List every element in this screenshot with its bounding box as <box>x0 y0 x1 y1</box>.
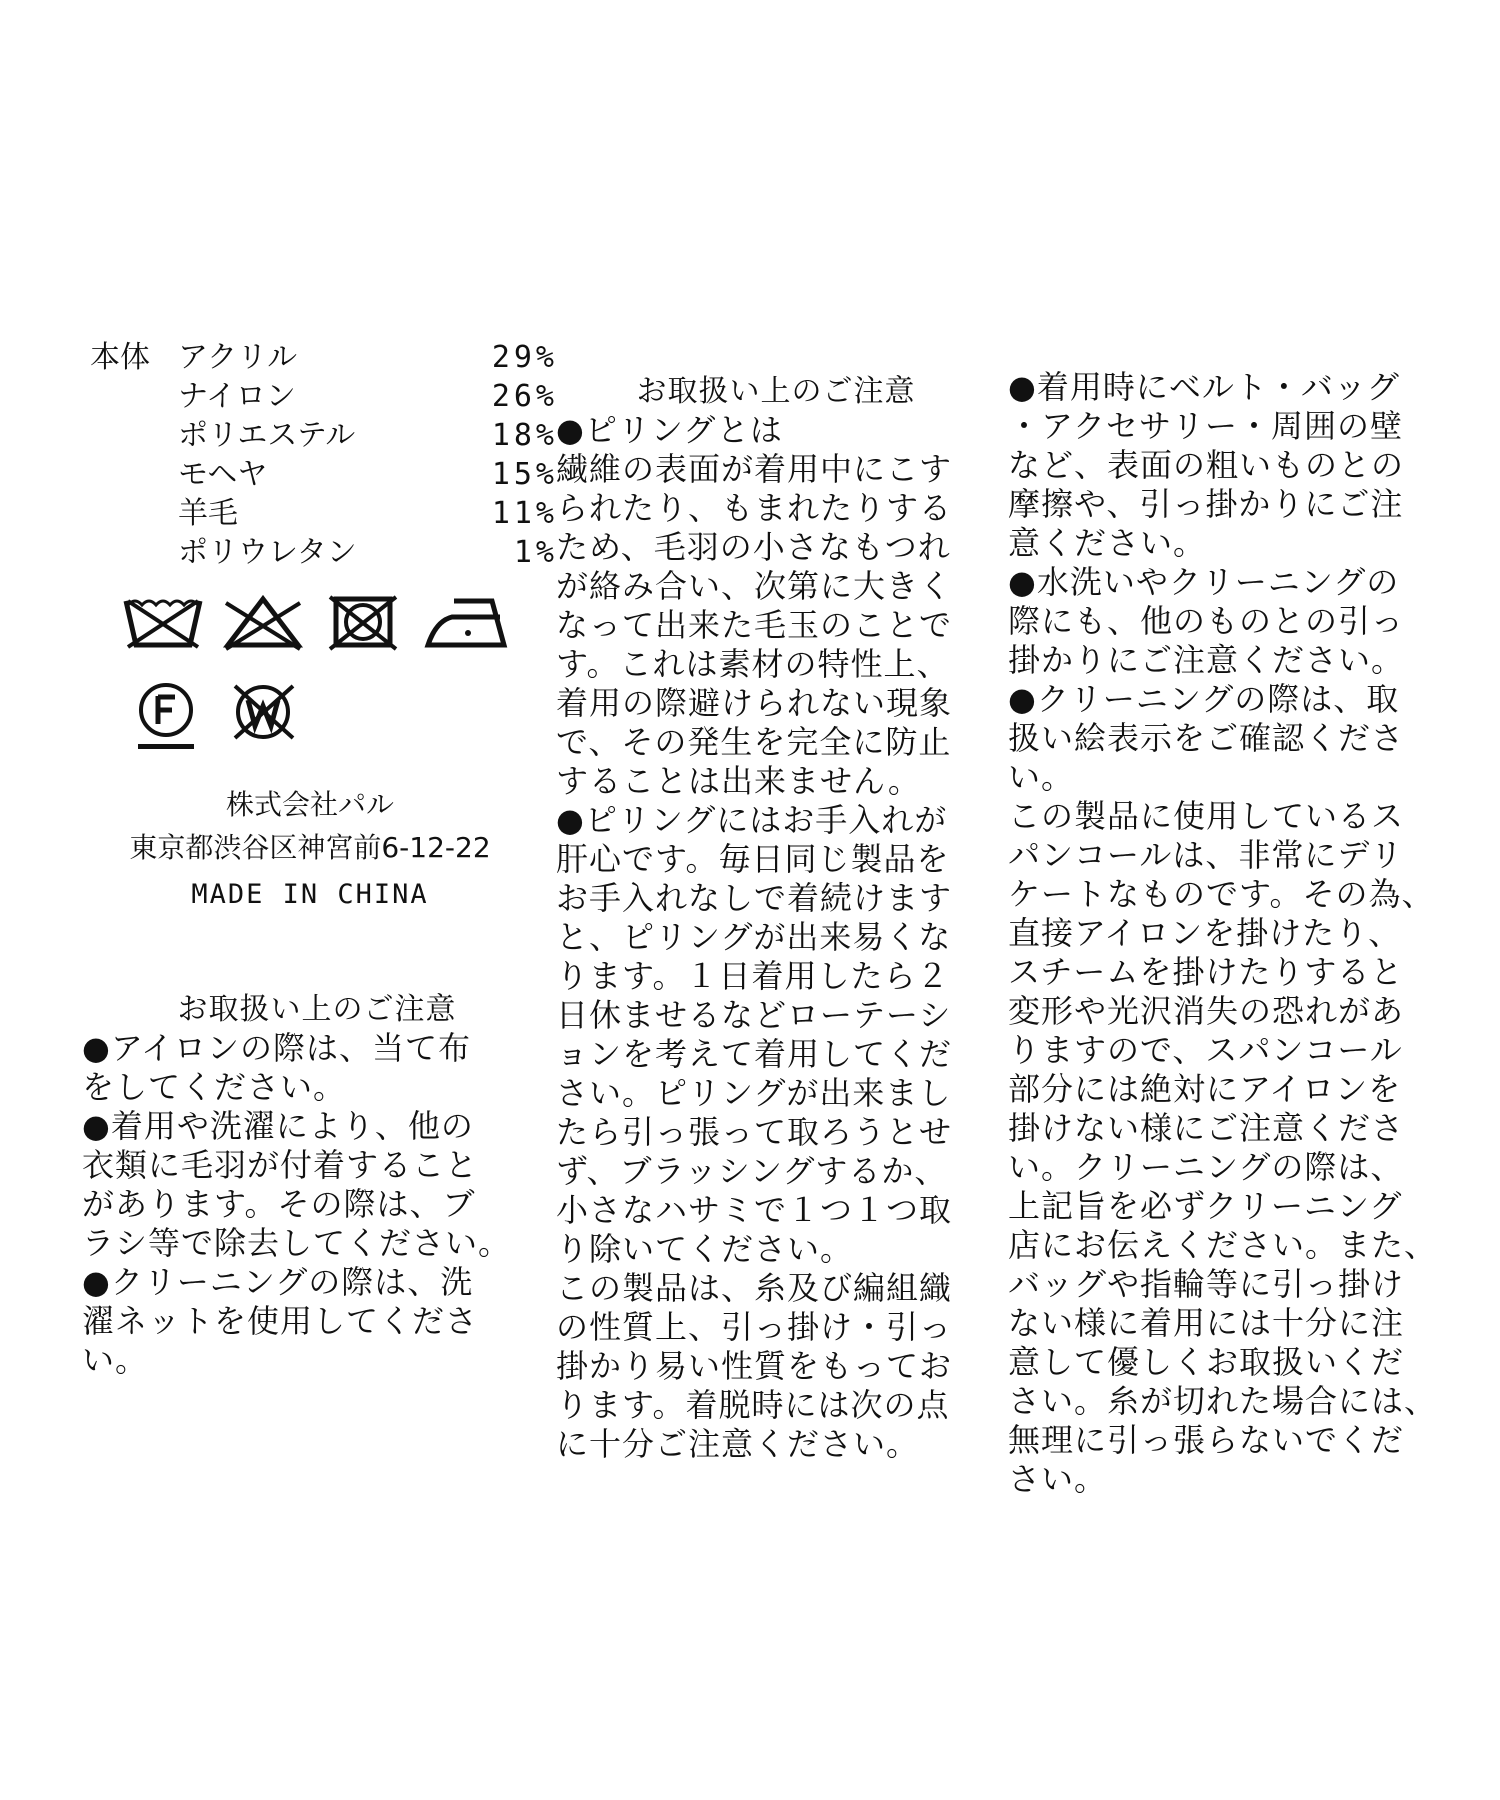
notice-line: ●水洗いやクリーニングの <box>1008 563 1478 602</box>
country-of-origin: MADE IN CHINA <box>85 875 535 915</box>
notice-line: ず、ブラッシングするか、 <box>556 1152 996 1191</box>
middle-notice: お取扱い上のご注意 ●ピリングとは 繊維の表面が着用中にこす られたり、もまれた… <box>556 372 996 1464</box>
notice-line: 着用の際避けられない現象 <box>556 684 996 723</box>
notice-line: 直接アイロンを掛けたり、 <box>1008 914 1478 953</box>
notice-line: 扱い絵表示をご確認くださ <box>1008 719 1478 758</box>
composition-row: ポリエステル 18% <box>90 416 558 455</box>
notice-heading: お取扱い上のご注意 <box>82 990 552 1029</box>
material-percent: 15% <box>408 455 558 494</box>
material-percent: 29% <box>408 338 558 377</box>
material-name: アクリル <box>178 338 408 377</box>
notice-line: す。これは素材の特性上、 <box>556 645 996 684</box>
tumble-dry-prohibited-icon <box>322 595 404 651</box>
notice-line: ●クリーニングの際は、取 <box>1008 680 1478 719</box>
bleach-prohibited-icon <box>222 595 304 651</box>
notice-line: に十分ご注意ください。 <box>556 1425 996 1464</box>
notice-line: ない様に着用には十分に注 <box>1008 1304 1478 1343</box>
material-name: 羊毛 <box>178 494 408 533</box>
notice-line: この製品は、糸及び編組織 <box>556 1269 996 1308</box>
notice-line: この製品に使用しているス <box>1008 797 1478 836</box>
notice-line: られたり、もまれたりする <box>556 489 996 528</box>
notice-line: パンコールは、非常にデリ <box>1008 836 1478 875</box>
material-percent: 26% <box>408 377 558 416</box>
notice-line: 濯ネットを使用してくださ <box>82 1302 552 1341</box>
notice-line: 衣類に毛羽が付着すること <box>82 1146 552 1185</box>
notice-line: 意して優しくお取扱いくだ <box>1008 1343 1478 1382</box>
notice-line: り除いてください。 <box>556 1230 996 1269</box>
notice-line: ケートなものです。その為、 <box>1008 875 1478 914</box>
notice-line: 摩擦や、引っ掛かりにご注 <box>1008 485 1478 524</box>
notice-line: 意ください。 <box>1008 524 1478 563</box>
right-notice: ●着用時にベルト・バッグ ・アクセサリー・周囲の壁 など、表面の粗いものとの 摩… <box>1008 368 1478 1499</box>
composition-row: ナイロン 26% <box>90 377 558 416</box>
material-percent: 1% <box>408 533 558 572</box>
composition-row: ポリウレタン 1% <box>90 533 558 572</box>
notice-line: なって出来た毛玉のことで <box>556 606 996 645</box>
composition-table: 本体 アクリル 29% ナイロン 26% ポリエステル 18% モヘヤ 15% … <box>90 338 558 572</box>
notice-heading: お取扱い上のご注意 <box>556 372 996 411</box>
material-name: ナイロン <box>178 377 408 416</box>
notice-line: ●着用や洗濯により、他の <box>82 1107 552 1146</box>
notice-line: が絡み合い、次第に大きく <box>556 567 996 606</box>
notice-line: をしてください。 <box>82 1068 552 1107</box>
notice-line: ●ピリングにはお手入れが <box>556 801 996 840</box>
composition-row: 本体 アクリル 29% <box>90 338 558 377</box>
notice-line: 上記旨を必ずクリーニング <box>1008 1187 1478 1226</box>
notice-line: 掛かり易い性質をもってお <box>556 1347 996 1386</box>
notice-line: 無理に引っ張らないでくだ <box>1008 1421 1478 1460</box>
material-name: モヘヤ <box>178 455 408 494</box>
notice-line: 日休ませるなどローテーシ <box>556 996 996 1035</box>
notice-line: ●ピリングとは <box>556 411 996 450</box>
notice-line: 際にも、他のものとの引っ <box>1008 602 1478 641</box>
composition-label: 本体 <box>90 338 178 377</box>
left-notice: お取扱い上のご注意 ●アイロンの際は、当て布 をしてください。 ●着用や洗濯によ… <box>82 990 552 1380</box>
dry-clean-f-gentle-icon <box>135 682 197 752</box>
notice-line: があります。その際は、ブ <box>82 1185 552 1224</box>
material-name: ポリエステル <box>178 416 408 455</box>
notice-line: い。クリーニングの際は、 <box>1008 1148 1478 1187</box>
notice-line: りますので、スパンコール <box>1008 1031 1478 1070</box>
notice-line: 肝心です。毎日同じ製品を <box>556 840 996 879</box>
notice-line: 掛かりにご注意ください。 <box>1008 641 1478 680</box>
notice-line: さい。 <box>1008 1460 1478 1499</box>
notice-line: ため、毛羽の小さなもつれ <box>556 528 996 567</box>
notice-line: と、ピリングが出来易くな <box>556 918 996 957</box>
notice-line: い。 <box>82 1341 552 1380</box>
notice-line: 繊維の表面が着用中にこす <box>556 450 996 489</box>
company-address: 東京都渋谷区神宮前6-12-22 <box>85 828 535 868</box>
notice-line: ●着用時にベルト・バッグ <box>1008 368 1478 407</box>
iron-low-icon <box>422 595 512 651</box>
material-percent: 18% <box>408 416 558 455</box>
notice-line: ョンを考えて着用してくだ <box>556 1035 996 1074</box>
wet-clean-prohibited-icon <box>227 682 299 752</box>
notice-line: ・アクセサリー・周囲の壁 <box>1008 407 1478 446</box>
notice-line: ラシ等で除去してください。 <box>82 1224 552 1263</box>
notice-line: 掛けない様にご注意くださ <box>1008 1109 1478 1148</box>
notice-line: い。 <box>1008 758 1478 797</box>
composition-row: モヘヤ 15% <box>90 455 558 494</box>
company-name: 株式会社パル <box>85 785 535 825</box>
composition-row: 羊毛 11% <box>90 494 558 533</box>
notice-line: 小さなハサミで１つ１つ取 <box>556 1191 996 1230</box>
notice-line: さい。糸が切れた場合には、 <box>1008 1382 1478 1421</box>
notice-line: で、その発生を完全に防止 <box>556 723 996 762</box>
notice-line: ります。着脱時には次の点 <box>556 1386 996 1425</box>
notice-line: など、表面の粗いものとの <box>1008 446 1478 485</box>
notice-line: 変形や光沢消失の恐れがあ <box>1008 992 1478 1031</box>
notice-line: ●アイロンの際は、当て布 <box>82 1029 552 1068</box>
care-symbols-row-1 <box>122 595 512 651</box>
material-percent: 11% <box>408 494 558 533</box>
care-symbols-row-2 <box>135 682 299 752</box>
notice-line: たら引っ張って取ろうとせ <box>556 1113 996 1152</box>
notice-line: ります。１日着用したら２ <box>556 957 996 996</box>
notice-line: さい。ピリングが出来まし <box>556 1074 996 1113</box>
notice-line: スチームを掛けたりすると <box>1008 953 1478 992</box>
notice-line: の性質上、引っ掛け・引っ <box>556 1308 996 1347</box>
material-name: ポリウレタン <box>178 533 408 572</box>
notice-line: 店にお伝えください。また、 <box>1008 1226 1478 1265</box>
notice-line: お手入れなしで着続けます <box>556 879 996 918</box>
notice-line: ●クリーニングの際は、洗 <box>82 1263 552 1302</box>
notice-line: 部分には絶対にアイロンを <box>1008 1070 1478 1109</box>
notice-line: することは出来ません。 <box>556 762 996 801</box>
hand-wash-prohibited-icon <box>122 595 204 651</box>
notice-line: バッグや指輪等に引っ掛け <box>1008 1265 1478 1304</box>
